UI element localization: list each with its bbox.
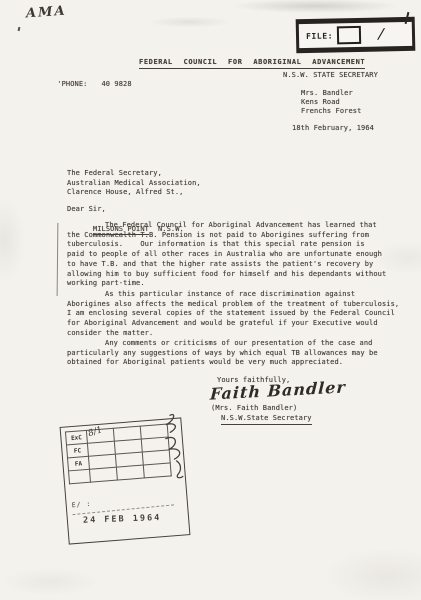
phone-line: 'PHONE:40 9828 (40, 71, 132, 99)
signatory-name: (Mrs. Faith Bandler) (211, 404, 297, 413)
state-secretary-heading: N.S.W. STATE SECRETARY (283, 71, 378, 80)
stamp-ref-label: E/ : (71, 500, 91, 511)
letter-date: 18th February, 1964 (292, 124, 374, 133)
registry-stamp: ExC FC FA (60, 417, 191, 544)
body-paragraph-2: As this particular instance of race disc… (67, 290, 399, 339)
file-stamp-label: FILE: (306, 31, 333, 41)
signatory-title: N.S.W.State Secretary (221, 414, 312, 425)
file-stamp: FILE: / (296, 17, 416, 53)
handwritten-ama-annotation: AMA (26, 4, 68, 22)
salutation: Dear Sir, (67, 205, 106, 214)
file-stamp-slash: / (376, 26, 386, 42)
pen-tick-mark (18, 27, 21, 31)
registry-stamp-grid: ExC FC FA (65, 423, 172, 484)
phone-label: 'PHONE: (57, 80, 87, 88)
phone-number: 40 9828 (101, 80, 131, 88)
handwritten-initials-squiggle (156, 410, 190, 484)
letter-page: AMA FILE: / FEDERAL COUNCIL FOR ABORIGIN… (0, 0, 421, 600)
received-date-stamp: 24 FEB 1964 (83, 513, 162, 526)
body-paragraph-1: The Federal Council for Aboriginal Advan… (67, 221, 386, 289)
margin-pen-mark (57, 223, 59, 296)
body-paragraph-3: Any comments or criticisms of our presen… (67, 339, 378, 368)
file-number-box (337, 26, 361, 44)
sender-address: Mrs. Bandler Kens Road Frenchs Forest (301, 89, 361, 117)
recipient-address-lines: The Federal Secretary, Australian Medica… (67, 169, 201, 197)
